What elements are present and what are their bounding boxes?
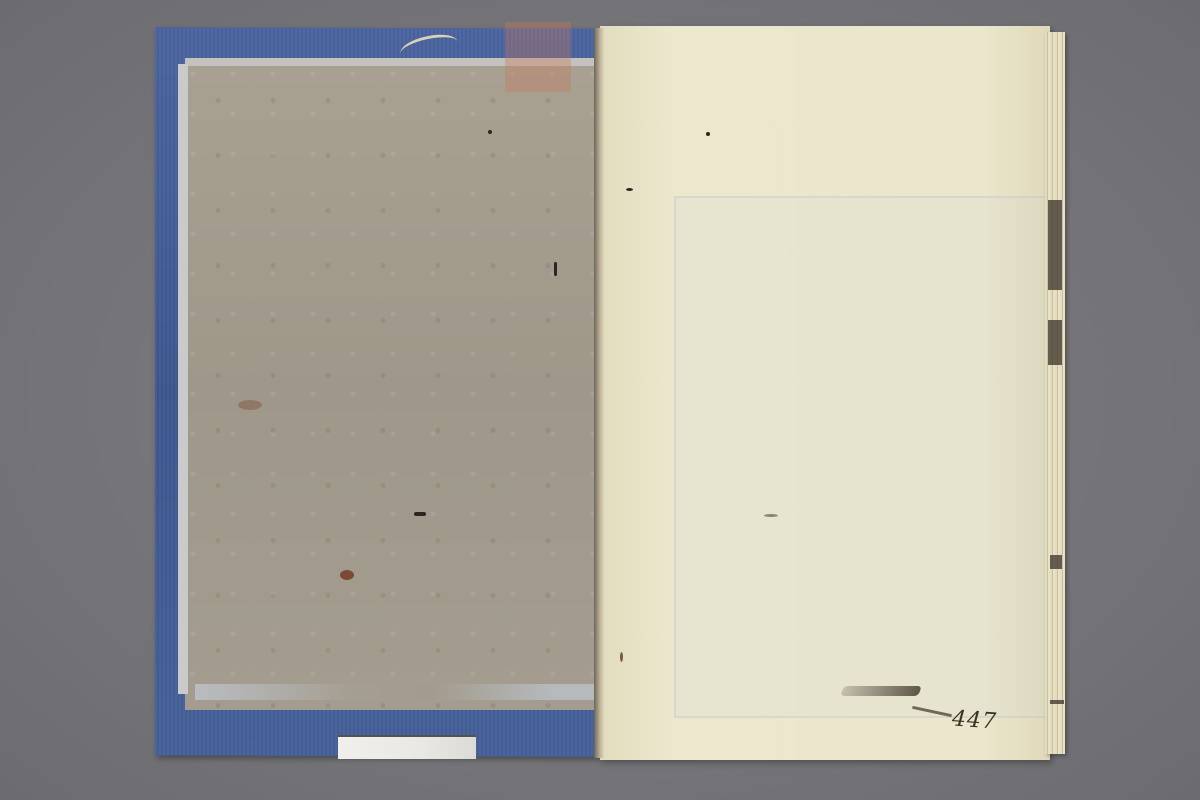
annotation-number: 447: [951, 706, 998, 734]
ink-speck: [340, 570, 354, 580]
handwritten-annotation: 447: [842, 678, 1002, 740]
ink-speck: [764, 514, 778, 517]
ink-speck: [626, 188, 633, 191]
ink-speck: [706, 132, 710, 136]
page-block-edges: [1045, 32, 1065, 754]
seal-stamp: [505, 22, 571, 92]
showthrough-print-frame: [674, 196, 1050, 718]
ink-speck: [554, 262, 557, 276]
ink-speck: [620, 652, 623, 662]
spine-gutter: [594, 28, 604, 758]
endpaper-torn-bottom: [195, 684, 595, 700]
endpaper-side-edge: [178, 64, 188, 694]
ink-speck: [488, 130, 492, 134]
edge-print-mark: [1048, 320, 1062, 365]
edge-print-mark: [1050, 700, 1064, 704]
ink-speck: [414, 512, 426, 516]
annotation-stroke: [840, 686, 922, 696]
ink-speck: [238, 400, 262, 410]
annotation-stroke: [912, 706, 952, 717]
cover-label-strip: [338, 735, 476, 759]
endpaper-left: [185, 62, 597, 710]
edge-print-mark: [1048, 200, 1062, 290]
edge-print-mark: [1050, 555, 1062, 569]
